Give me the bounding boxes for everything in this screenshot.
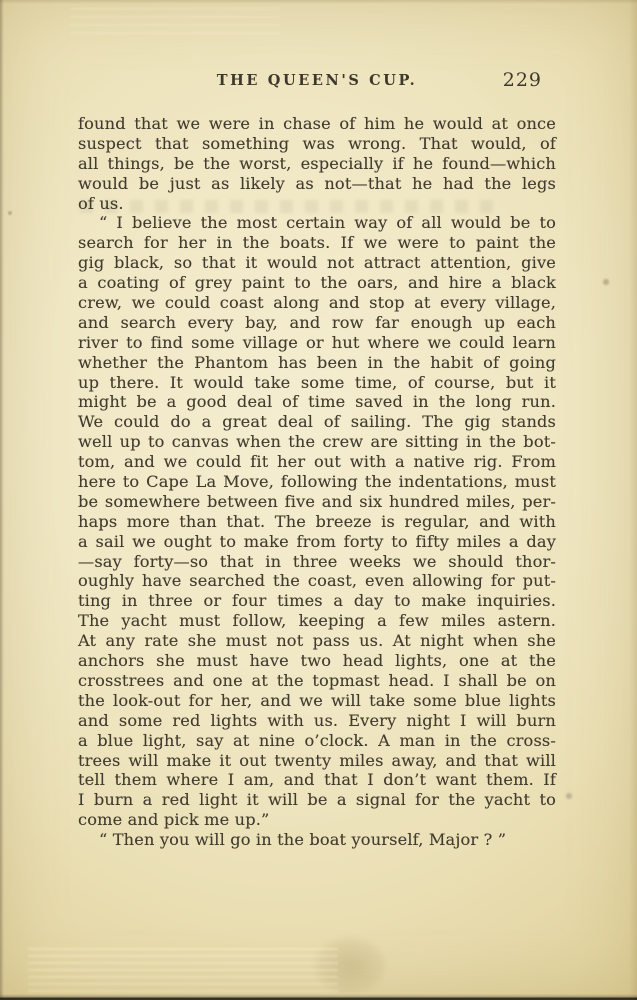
text-line: crew, we could coast along and stop at e…	[78, 293, 556, 313]
text-line: up there. It would take some time, of co…	[78, 373, 556, 393]
text-line: trees will make it out twenty miles away…	[78, 751, 556, 771]
paragraph: found that we were in chase of him he wo…	[78, 114, 556, 213]
text-line: anchors she must have two head lights, o…	[78, 651, 556, 671]
text-line: a coating of grey paint to the oars, and…	[78, 273, 556, 293]
text-line: a sail we ought to make from forty to fi…	[78, 532, 556, 552]
text-line: I burn a red light it will be a signal f…	[78, 790, 556, 810]
page-edge-right	[629, 0, 637, 1000]
text-line: whether the Phantom has been in the habi…	[78, 353, 556, 373]
text-line: haps more than that. The breeze is regul…	[78, 512, 556, 532]
scan-streaks-bottom	[28, 948, 338, 994]
text-line: We could do a great deal of sailing. The…	[78, 412, 556, 432]
book-page-scan: THE QUEEN'S CUP. 229 found that we were …	[0, 0, 637, 1000]
paragraph: “ Then you will go in the boat yourself,…	[78, 830, 556, 850]
running-title: THE QUEEN'S CUP.	[78, 72, 556, 89]
text-line: and search every bay, and row far enough…	[78, 313, 556, 333]
text-line: “ Then you will go in the boat yourself,…	[78, 830, 556, 850]
paragraph: “ I believe the most certain way of all …	[78, 213, 556, 830]
paper-speck	[603, 279, 609, 285]
text-line: suspect that something was wrong. That w…	[78, 134, 556, 154]
page-edge-left	[0, 0, 4, 1000]
text-line: river to find some village or hut where …	[78, 333, 556, 353]
text-line: crosstrees and one at the topmast head. …	[78, 671, 556, 691]
text-line: gig black, so that it would not attract …	[78, 253, 556, 273]
text-line: At any rate she must not pass us. At nig…	[78, 631, 556, 651]
text-line: the look-out for her, and we will take s…	[78, 691, 556, 711]
page-edge-top	[0, 0, 637, 4]
text-line: and some red lights with us. Every night…	[78, 711, 556, 731]
page-body: found that we were in chase of him he wo…	[78, 114, 556, 850]
text-line: would be just as likely as not—that he h…	[78, 174, 556, 194]
text-line: all things, be the worst, especially if …	[78, 154, 556, 174]
text-line: here to Cape La Move, following the inde…	[78, 472, 556, 492]
text-line: come and pick me up.”	[78, 810, 556, 830]
text-line: ting in three or four times a day to mak…	[78, 591, 556, 611]
paper-stain	[315, 938, 385, 993]
page-number: 229	[503, 69, 542, 91]
text-line: oughly have searched the coast, even all…	[78, 571, 556, 591]
text-line: a blue light, say at nine o’clock. A man…	[78, 731, 556, 751]
paper-speck	[8, 211, 12, 215]
text-line: of us.	[78, 194, 556, 214]
paper-speck	[566, 793, 572, 799]
scan-streaks-top	[70, 8, 280, 40]
text-line: search for her in the boats. If we were …	[78, 233, 556, 253]
text-line: well up to canvas when the crew are sitt…	[78, 432, 556, 452]
page-header: THE QUEEN'S CUP. 229	[78, 72, 556, 94]
text-line: be somewhere between five and six hundre…	[78, 492, 556, 512]
text-line: tell them where I am, and that I don’t w…	[78, 770, 556, 790]
page-edge-bottom	[0, 994, 637, 1000]
text-line: might be a good deal of time saved in th…	[78, 392, 556, 412]
text-line: The yacht must follow, keeping a few mil…	[78, 611, 556, 631]
text-line: —say forty—so that in three weeks we sho…	[78, 552, 556, 572]
text-line: found that we were in chase of him he wo…	[78, 114, 556, 134]
text-line: tom, and we could fit her out with a nat…	[78, 452, 556, 472]
text-line: “ I believe the most certain way of all …	[78, 213, 556, 233]
